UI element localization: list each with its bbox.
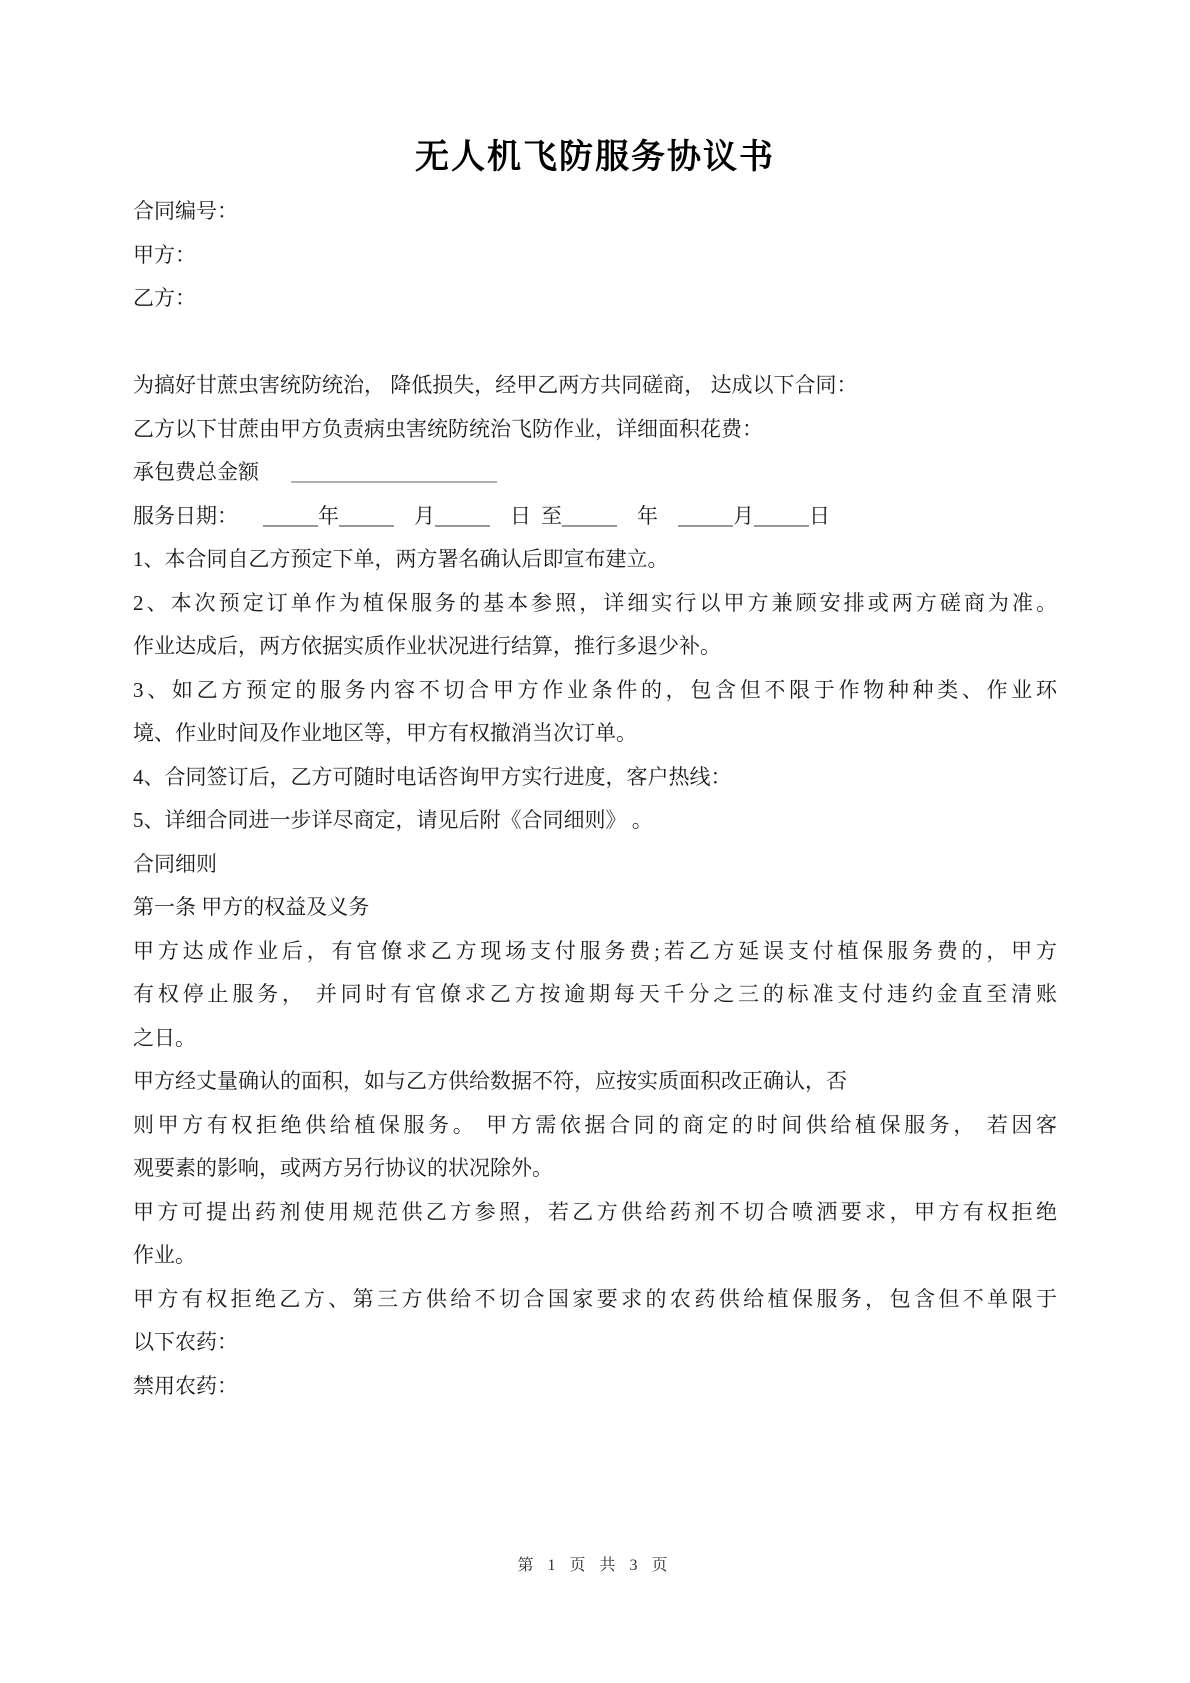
article-1-line-9: 甲方有权拒绝乙方、第三方供给不切合国家要求的农药供给植保服务，包含但不单限于: [133, 1278, 1057, 1322]
clause-line-4: 4、合同签订后，乙方可随时电话咨询甲方实行进度，客户热线：: [133, 756, 1057, 800]
date-blank-day-start: [435, 525, 490, 527]
service-date-label: 服务日期：: [133, 504, 238, 528]
article-1-line-1: 甲方达成作业后，有官僚求乙方现场支付服务费;若乙方延误支付植保服务费的，甲方: [133, 930, 1057, 974]
article-1-line-7: 甲方可提出药剂使用规范供乙方参照，若乙方供给药剂不切合喷洒要求，甲方有权拒绝: [133, 1191, 1057, 1235]
date-blank-year-start: [263, 525, 318, 527]
banned-pesticides-label: 禁用农药：: [133, 1365, 1057, 1409]
clause-line-2-cont: 作业达成后，两方依据实质作业状况进行结算，推行多退少补。: [133, 625, 1057, 669]
clause-line-2: 2、本次预定订单作为植保服务的基本参照，详细实行以甲方兼顾安排或两方磋商为准。: [133, 582, 1057, 626]
to-label: 至: [541, 504, 562, 528]
party-a-field: 甲方：: [133, 234, 1057, 278]
date-blank-day-end: [754, 525, 809, 527]
article-1-line-5: 则甲方有权拒绝供给植保服务。 甲方需依据合同的商定的时间供给植保服务， 若因客: [133, 1104, 1057, 1148]
date-blank-month-end: [678, 525, 733, 527]
intro-line-2: 乙方以下甘蔗由甲方负责病虫害统防统治飞防作业，详细面积花费：: [133, 408, 1057, 452]
contract-page: 无人机飞防服务协议书 合同编号： 甲方： 乙方： 为搞好甘蔗虫害统防统治， 降低…: [133, 134, 1057, 1408]
clause-line-3: 3、如乙方预定的服务内容不切合甲方作业条件的，包含但不限于作物种种类、作业环: [133, 669, 1057, 713]
day-end-label: 日: [809, 504, 830, 528]
contract-number-field: 合同编号：: [133, 190, 1057, 234]
clause-line-5: 5、详细合同进一步详尽商定，请见后附《合同细则》 。: [133, 799, 1057, 843]
clause-line-1: 1、本合同自乙方预定下单，两方署名确认后即宣布建立。: [133, 538, 1057, 582]
contract-fee-label: 承包费总金额: [133, 460, 259, 484]
month-start-label: 月: [414, 504, 435, 528]
service-date-line: 服务日期：年月日至年月日: [133, 495, 1057, 539]
contract-rules-heading: 合同细则: [133, 843, 1057, 887]
article-1-line-10: 以下农药：: [133, 1321, 1057, 1365]
month-end-label: 月: [733, 504, 754, 528]
date-blank-year-end: [562, 525, 617, 527]
article-1-line-2: 有权停止服务， 并同时有官僚求乙方按逾期每天千分之三的标准支付违约金直至清账: [133, 973, 1057, 1017]
article-1-line-3: 之日。: [133, 1017, 1057, 1061]
year-end-label: 年: [637, 504, 658, 528]
intro-line-1: 为搞好甘蔗虫害统防统治， 降低损失，经甲乙两方共同磋商， 达成以下合同：: [133, 364, 1057, 408]
day-start-label: 日: [510, 504, 531, 528]
contract-fee-line: 承包费总金额: [133, 451, 1057, 495]
page-footer: 第 1 页 共 3 页: [0, 1552, 1190, 1575]
document-title: 无人机飞防服务协议书: [133, 134, 1057, 182]
article-1-line-4: 甲方经丈量确认的面积，如与乙方供给数据不符，应按实质面积改正确认，否: [133, 1060, 1057, 1104]
article-1-heading: 第一条 甲方的权益及义务: [133, 886, 1057, 930]
contract-fee-blank: [291, 481, 497, 483]
year-start-label: 年: [318, 504, 339, 528]
article-1-line-6: 观要素的影响，或两方另行协议的状况除外。: [133, 1147, 1057, 1191]
party-b-field: 乙方：: [133, 277, 1057, 321]
article-1-line-8: 作业。: [133, 1234, 1057, 1278]
clause-line-3-cont: 境、作业时间及作业地区等，甲方有权撤消当次订单。: [133, 712, 1057, 756]
date-blank-month-start: [339, 525, 394, 527]
blank-line: [133, 321, 1057, 365]
